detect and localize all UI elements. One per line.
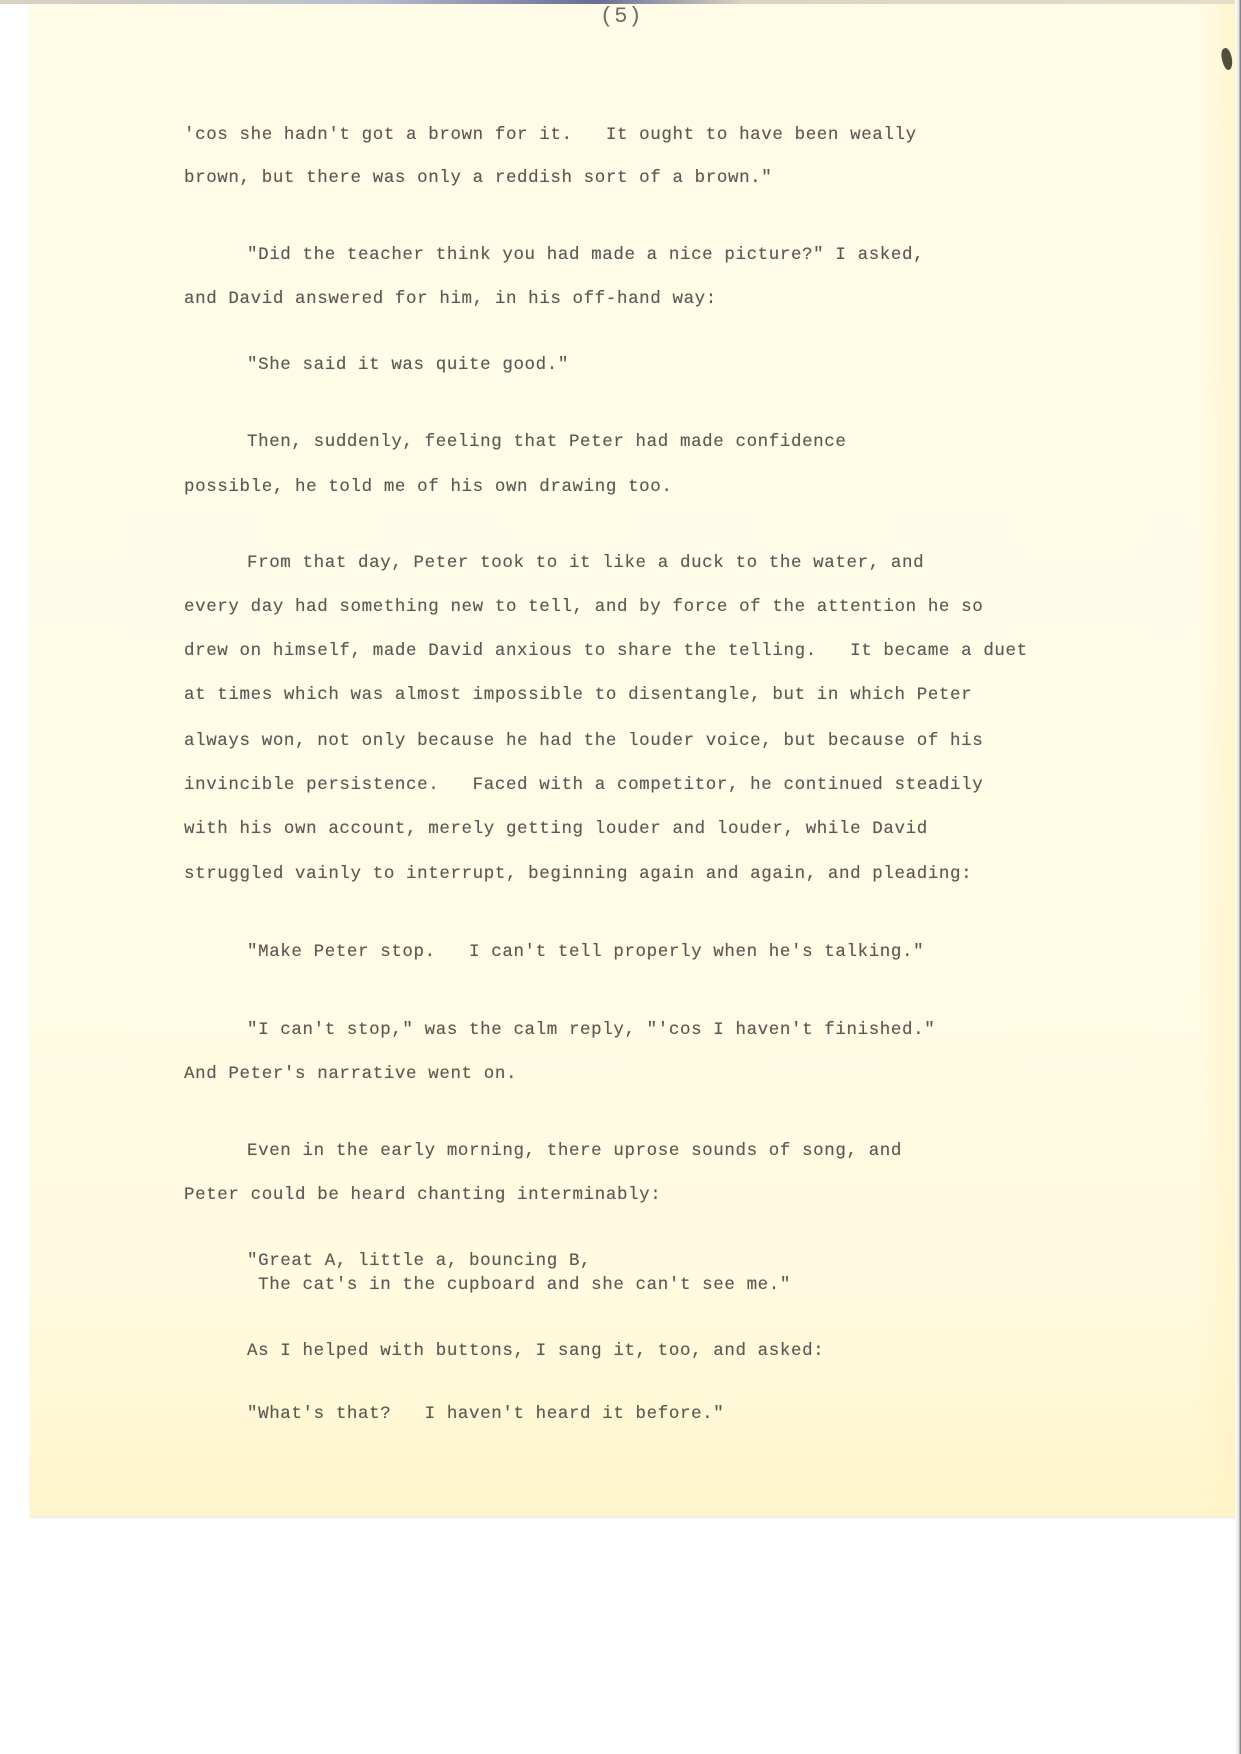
text-line: Even in the early morning, there uprose … bbox=[247, 1141, 902, 1161]
text-line: every day had something new to tell, and… bbox=[184, 597, 983, 617]
text-line: Then, suddenly, feeling that Peter had m… bbox=[247, 432, 847, 452]
text-line: From that day, Peter took to it like a d… bbox=[247, 553, 924, 573]
text-line: drew on himself, made David anxious to s… bbox=[184, 641, 1028, 661]
text-line: "Did the teacher think you had made a ni… bbox=[247, 245, 924, 265]
text-line: and David answered for him, in his off-h… bbox=[184, 289, 717, 309]
text-line: "Make Peter stop. I can't tell properly … bbox=[247, 942, 924, 962]
text-line: And Peter's narrative went on. bbox=[184, 1064, 517, 1084]
verse-line: The cat's in the cupboard and she can't … bbox=[247, 1275, 791, 1295]
text-line: at times which was almost impossible to … bbox=[184, 685, 972, 705]
text-line: "I can't stop," was the calm reply, "'co… bbox=[247, 1020, 935, 1040]
text-line: "What's that? I haven't heard it before.… bbox=[247, 1404, 724, 1424]
text-line: As I helped with buttons, I sang it, too… bbox=[247, 1341, 824, 1361]
text-line: Peter could be heard chanting interminab… bbox=[184, 1185, 661, 1205]
scan-right-edge bbox=[1235, 0, 1241, 1754]
text-line: possible, he told me of his own drawing … bbox=[184, 477, 672, 497]
text-line: brown, but there was only a reddish sort… bbox=[184, 168, 772, 188]
text-line: 'cos she hadn't got a brown for it. It o… bbox=[184, 125, 917, 145]
text-line: invincible persistence. Faced with a com… bbox=[184, 775, 983, 795]
text-line: struggled vainly to interrupt, beginning… bbox=[184, 864, 972, 884]
text-line: "She said it was quite good." bbox=[247, 355, 569, 375]
verse-line: "Great A, little a, bouncing B, bbox=[247, 1251, 591, 1271]
page-number: (5) bbox=[600, 4, 643, 29]
text-line: always won, not only because he had the … bbox=[184, 731, 983, 751]
text-line: with his own account, merely getting lou… bbox=[184, 819, 928, 839]
